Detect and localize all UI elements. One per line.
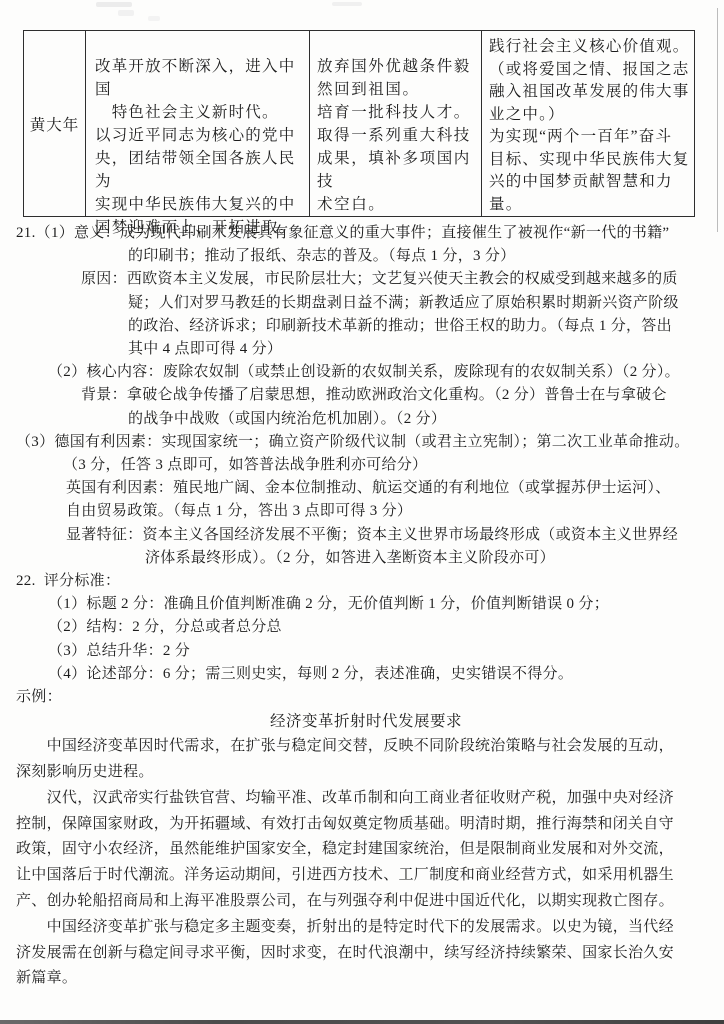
answer-21-line: 自由贸易政策。（每点 1 分，答出 3 点即可得 3 分） — [16, 500, 716, 523]
answer-21-line: 背景：拿破仑战争传播了启蒙思想，推动欧洲政治文化重构。（2 分）普鲁士在与拿破仑 — [16, 384, 716, 407]
answer-21-line: （3）德国有利因素：实现国家统一；确立资产阶级代议制（或君主立宪制）；第二次工业… — [16, 431, 716, 454]
scan-edge-line — [717, 8, 718, 232]
scanned-answer-key-page: 黄大年 改革开放不断深入，进入中国 特色社会主义新时代。 以习近平同志为核心的党… — [0, 0, 724, 1024]
answer-21-line: （2）核心内容：废除农奴制（或禁止创设新的农奴制关系，废除现有的农奴制关系）（2… — [16, 361, 716, 384]
huang-danian-table: 黄大年 改革开放不断深入，进入中国 特色社会主义新时代。 以习近平同志为核心的党… — [23, 30, 695, 217]
scan-artifact — [96, 2, 132, 7]
answer-21-line: 原因：西欧资本主义发展，市民阶层壮大；文艺复兴使天主教会的权威受到越来越多的质 — [16, 268, 716, 291]
essay-paragraph: 中国经济变革因时代需求，在扩张与稳定间交替，反映不同阶段统治策略与社会发展的互动… — [16, 734, 716, 786]
answer-22-line: 22. 评分标准： — [16, 570, 716, 593]
scan-bottom-edge — [0, 1020, 724, 1024]
essay-paragraph: 中国经济变革扩张与稳定多主题变奏，折射出的是特定时代下的发展需求。以史为镜，当代… — [16, 915, 716, 992]
answer-22-line: （3）总结升华：2 分 — [16, 640, 716, 663]
answer-21-line: 显著特征：资本主义各国经济发展不平衡；资本主义世界市场最终形成（或资本主义世界经 — [16, 524, 716, 547]
answer-21-line: 的战争中战败（或国内统治危机加剧）。（2 分） — [16, 408, 716, 431]
table-cell-person: 黄大年 — [24, 31, 86, 216]
scan-artifact — [332, 2, 362, 6]
answer-21-line: 21.（1）意义：成为现代印刷术发展具有象征意义的重大事件；直接催生了被视作“新… — [16, 222, 716, 245]
answer-21-line: 英国有利因素：殖民地广阔、金本位制推动、航运交通的有利地位（或掌握苏伊士运河）、 — [16, 477, 716, 500]
essay-title: 经济变革折射时代发展要求 — [16, 709, 716, 734]
table-cell-era-background: 改革开放不断深入，进入中国 特色社会主义新时代。 以习近平同志为核心的党中 央，… — [86, 31, 310, 216]
essay-body: 中国经济变革因时代需求，在扩张与稳定间交替，反映不同阶段统治策略与社会发展的互动… — [16, 734, 716, 992]
answer-22-line: （2）结构：2 分，分总或者总分总 — [16, 616, 716, 639]
answer-22-line: （4）论述部分：6 分；需三则史实，每则 2 分，表述准确，史实错误不得分。 — [16, 663, 716, 686]
answer-key-body: 21.（1）意义：成为现代印刷术发展具有象征意义的重大事件；直接催生了被视作“新… — [16, 222, 716, 992]
answer-22-line: （1）标题 2 分：准确且价值判断准确 2 分，无价值判断 1 分，价值判断错误… — [16, 593, 716, 616]
answer-21-line: 其中 4 点即可得 4 分） — [16, 338, 716, 361]
scan-artifact — [148, 16, 160, 21]
answer-21-line: （3 分，任答 3 点即可，如答普法战争胜利亦可给分） — [16, 454, 716, 477]
answer-21-line: 济体系最终形成）。（2 分，如答进入垄断资本主义阶段亦可） — [16, 547, 716, 570]
table-cell-deeds: 放弃国外优越条件毅 然回到祖国。 培育一批科技人才。 取得一系列重大科技 成果，… — [310, 31, 482, 216]
essay-paragraph: 汉代，汉武帝实行盐铁官营、均输平准、改革币制和向工商业者征收财产税，加强中央对经… — [16, 786, 716, 915]
table-cell-significance: 践行社会主义核心价值观。 （或将爱国之情、报国之志 融入祖国改革发展的伟大事 业… — [482, 31, 694, 216]
example-label: 示例： — [16, 686, 716, 709]
answer-21-line: 疑；人们对罗马教廷的长期盘剥日益不满；新教适应了原始积累时期新兴资产阶级 — [16, 292, 716, 315]
answer-21-line: 的印刷书；推动了报纸、杂志的普及。（每点 1 分，3 分） — [16, 245, 716, 268]
scan-artifact — [118, 10, 134, 16]
answer-21-line: 的政治、经济诉求；印刷新技术革新的推动；世俗王权的助力。（每点 1 分，答出 — [16, 315, 716, 338]
